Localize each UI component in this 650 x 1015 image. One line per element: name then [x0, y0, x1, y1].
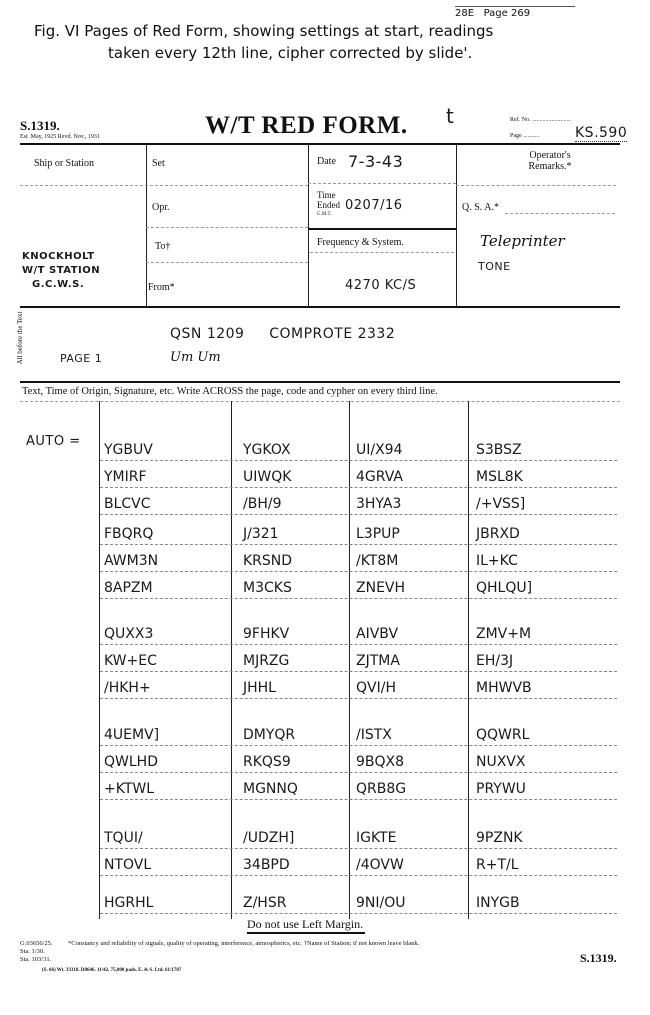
cipher-group: 8APZM	[104, 580, 153, 596]
cipher-group: 9FHKV	[243, 626, 289, 642]
cipher-group: S3BSZ	[476, 442, 522, 458]
caption-line-2: taken every 12th line, cipher corrected …	[108, 44, 472, 62]
cipher-group: QWLHD	[104, 754, 158, 770]
frequency-value: 4270 KC/S	[345, 278, 416, 293]
cipher-group: DMYQR	[243, 727, 295, 743]
cipher-group: /BH/9	[243, 496, 281, 512]
cipher-group: 3HYA3	[356, 496, 401, 512]
cipher-group: ZJTMA	[356, 653, 400, 669]
cipher-group: KRSND	[243, 553, 292, 569]
opr-label: Opr.	[152, 202, 170, 213]
cipher-group: MGNNQ	[243, 781, 298, 797]
cipher-group: IGKTE	[356, 830, 396, 846]
form-title: W/T RED FORM.	[205, 112, 408, 140]
cipher-group: 9NI/OU	[356, 895, 406, 911]
cipher-group: AWM3N	[104, 553, 158, 569]
cipher-group: /4OVW	[356, 857, 404, 873]
set-label: Set	[152, 158, 165, 169]
time-ended-label: Time Ended G.M.T.	[317, 190, 340, 220]
cipher-group: YGKOX	[243, 442, 291, 458]
ship-or-station-label: Ship or Station	[34, 158, 94, 169]
cipher-group: 9PZNK	[476, 830, 523, 846]
cipher-group: NTOVL	[104, 857, 151, 873]
form-code: S.1319.	[20, 118, 60, 134]
qsa-label: Q. S. A.*	[462, 202, 499, 213]
cipher-group: MHWVB	[476, 680, 532, 696]
page-ref: Page 269	[484, 8, 530, 19]
preamble-page-note: PAGE 1	[60, 352, 102, 365]
cipher-group: Z/HSR	[243, 895, 286, 911]
cipher-group: 4UEMV]	[104, 727, 159, 743]
cipher-group: MSL8K	[476, 469, 523, 485]
cipher-group: M3CKS	[243, 580, 292, 596]
cipher-group: AIVBV	[356, 626, 398, 642]
cipher-group: +KTWL	[104, 781, 154, 797]
caption-line-1: Fig. VI Pages of Red Form, showing setti…	[34, 22, 493, 40]
cipher-group: L3PUP	[356, 526, 400, 542]
cipher-group: UI/X94	[356, 442, 403, 458]
cipher-group: QVI/H	[356, 680, 396, 696]
cipher-group: MJRZG	[243, 653, 289, 669]
footnote: *Constancy and reliability of signals, q…	[68, 940, 618, 948]
cipher-group: HGRHL	[104, 895, 153, 911]
footer-form-code: S.1319.	[580, 951, 617, 966]
cipher-group: IL+KC	[476, 553, 518, 569]
cipher-group: R+T/L	[476, 857, 519, 873]
page-value: KS.590	[575, 125, 627, 142]
ref-no-label: Ref. No. ..........................	[510, 117, 571, 123]
left-margin-note: Do not use Left Margin.	[247, 917, 363, 932]
frequency-label: Frequency & System.	[317, 237, 404, 248]
cipher-group: BLCVC	[104, 496, 151, 512]
ship-or-station-value: KNOCKHOLT W/T STATION G.C.W.S.	[22, 250, 100, 292]
cipher-group: EH/3J	[476, 653, 513, 669]
remarks-label: Operator's Remarks.*	[510, 150, 590, 172]
cipher-group: /KT8M	[356, 553, 398, 569]
date-value: 7-3-43	[348, 152, 403, 171]
text-instruction: Text, Time of Origin, Signature, etc. Wr…	[22, 386, 438, 397]
time-ended-value: 0207/16	[345, 198, 403, 213]
cipher-group: NUXVX	[476, 754, 525, 770]
print-ref: G.03656/25.	[20, 940, 53, 947]
form-established: Est. May, 1925 Revd. Nov., 1931	[20, 134, 100, 140]
cipher-group: 9BQX8	[356, 754, 404, 770]
cipher-group: YMIRF	[104, 469, 147, 485]
cipher-group: /UDZH]	[243, 830, 294, 846]
cipher-group: QHLQU]	[476, 580, 532, 596]
margin-note: AUTO =	[26, 434, 81, 449]
cipher-group: J/321	[243, 526, 279, 542]
cipher-group: QQWRL	[476, 727, 529, 743]
cipher-group: /+VSS]	[476, 496, 525, 512]
cipher-group: 34BPD	[243, 857, 290, 873]
form-mark: t	[446, 104, 454, 128]
preamble-line-2: Um Um	[170, 350, 221, 365]
cipher-group: FBQRQ	[104, 526, 153, 542]
cipher-group: YGBUV	[104, 442, 153, 458]
date-label: Date	[317, 156, 336, 167]
cipher-group: /HKH+	[104, 680, 151, 696]
page-label: Page ...........	[510, 133, 540, 139]
preamble-line-1: QSN 1209 COMPROTE 2332	[170, 326, 395, 342]
cipher-group: QUXX3	[104, 626, 153, 642]
cipher-group: JBRXD	[476, 526, 520, 542]
cipher-group: QRB8G	[356, 781, 406, 797]
cipher-group: KW+EC	[104, 653, 157, 669]
to-label: To†	[155, 241, 170, 252]
cipher-group: JHHL	[243, 680, 276, 696]
page-reference: 28E Page 269	[455, 6, 575, 19]
sta-2: Sta. 103/31.	[20, 956, 51, 963]
page-ref-prefix: 28E	[455, 8, 474, 19]
cipher-group: /ISTX	[356, 727, 392, 743]
cipher-group: INYGB	[476, 895, 520, 911]
cipher-group: 4GRVA	[356, 469, 403, 485]
cipher-group: PRYWU	[476, 781, 526, 797]
printer-line: (S. 66) Wt. 33318. D8646. 11/42. 75,000 …	[42, 968, 181, 973]
cipher-group: ZMV+M	[476, 626, 531, 642]
preamble-side-label: All before the Text	[12, 312, 26, 372]
cipher-group: TQUI/	[104, 830, 143, 846]
cipher-group: ZNEVH	[356, 580, 405, 596]
cipher-group: RKQS9	[243, 754, 291, 770]
sta-1: Sta. 1/30.	[20, 948, 45, 955]
remarks-value-2: TONE	[478, 260, 511, 273]
from-label: From*	[148, 282, 175, 293]
cipher-group: UIWQK	[243, 469, 291, 485]
remarks-value-1: Teleprinter	[480, 232, 565, 250]
